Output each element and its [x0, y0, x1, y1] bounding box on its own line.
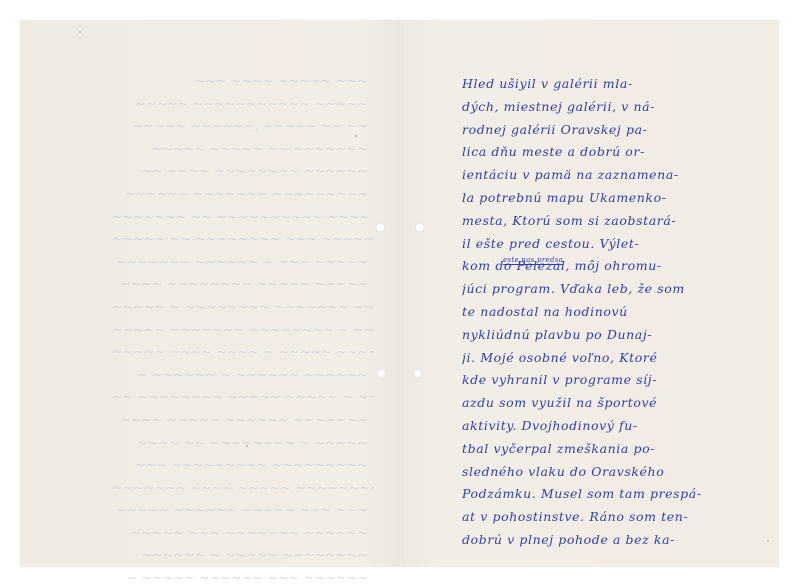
handwritten-line: ji. Mojé osobné voľno, Ktoré [462, 347, 717, 370]
handwritten-line: kom do Pelezal, môj ohromu- [462, 255, 717, 278]
bleed-line: ~~~~~ ~~~~~ ~~ ~~~~~~~ [112, 138, 374, 161]
bleed-line: ~~~~~ ~~~~~~~ ~~~~~~~~ ~ ~~~~ [112, 319, 374, 342]
bleed-line: ~~ ~~~~ ~~~~~~~~ ~~~~~~ [112, 160, 374, 183]
handwritten-line: júci program. Vďaka leb, že som [462, 278, 717, 301]
handwritten-line: Podzámku. Musel som tam prespá- [462, 483, 717, 506]
handwritten-line: lica dňu meste a dobrú or- [462, 141, 717, 164]
paper-speck [767, 540, 769, 542]
handwritten-line: ientáciu v pamä na zaznamena- [462, 164, 717, 187]
handwritten-line: kde vyhranil v programe síj- [462, 369, 717, 392]
inline-insertion-note: este nas predsa [503, 256, 563, 265]
bleed-line: ~ ~~~~~~ ~ ~~~~~~ ~~~~~~ [112, 364, 374, 387]
handwritten-line: Hled ušiyil v galérii mla- [462, 73, 717, 96]
paper-speck [79, 31, 81, 33]
bleed-line: ~~~~~ ~~ ~~~~~~~~ ~~~ ~~~~~ [112, 228, 374, 251]
bleed-line: ~~~~~ ~~~~~~, ~~~~~ ~~ ~~ [112, 115, 374, 138]
handwritten-line: mesta, Ktorú som si zaobstará- [462, 210, 717, 233]
handwritten-line: la potrebnú mapu Ukamenko- [462, 187, 717, 210]
handwritten-line: il ešte pred cestou. Výlet- [462, 233, 717, 256]
bleed-line: ~~~~ ~~~~~~~~ ~~~~~ ~~~~~ [112, 273, 374, 296]
bleed-line: ~~~~ ~~~~~ ~~~~~~ ~~~~~~~ [112, 409, 374, 432]
right-page-handwritten-text: Hled ušiyil v galérii mla- dých, miestne… [462, 73, 717, 552]
bleed-line: ~~~~~ ~~~~ ~~~~ ~ ~~~~~ ~~~~ [112, 341, 374, 364]
handwritten-line: at v pohostinstve. Ráno som ten- [462, 506, 717, 529]
punched-hole [377, 369, 386, 378]
handwritten-line: dobrú v plnej pohode a bez ka- [462, 529, 717, 552]
bleed-line: ~~~~ ~~ ~~~~~~~~ ~ ~~~~~ [112, 432, 374, 455]
handwritten-line: tbal vyčerpal zmeškania po- [462, 438, 717, 461]
bleed-line: ~~~~~ ~~~ ~~~~~~~ ~~~~~~ [112, 522, 374, 545]
bleed-line: ~~~ ~~~~~~~~~ ~~~~~~~~~ [112, 454, 374, 477]
punched-hole [415, 223, 424, 232]
handwritten-line: aktivity. Dvojhodinový fu- [462, 415, 717, 438]
bleed-line: ~~~ ~~~~ ~~~~~ ~~~ [112, 70, 374, 93]
bleed-line: ~~~~~~ ~~~~~~~ ~~~~~~~~~ [112, 183, 374, 206]
bleed-line: ~~~~~ ~~~~~~ ~~~~~ ~~~ ~~~ [112, 499, 374, 522]
handwritten-line: sledného vlaku do Oravského [462, 461, 717, 484]
handwritten-line: azdu som využil na športové [462, 392, 717, 415]
bleed-line: ~~~~~ ~~~~~~~~~~~ ~~~~~ [112, 93, 374, 116]
handwritten-line: dých, miestnej galérii, v ná- [462, 96, 717, 119]
bleed-line: ~ ~~~~~ ~~~~~~ ~~~ ~~~~~~ [112, 567, 374, 587]
left-page-bleed-through-text: ~~~ ~~~~ ~~~~~ ~~~ ~~~~~ ~~~~~~~~~~~ ~~~… [112, 70, 374, 587]
bleed-line: ~~~~~~~ ~~~~ ~~~~~ ~~~~~~~~ [112, 477, 374, 500]
bleed-line: ~~~~~~~ ~~ ~~~~~~~~~~ ~~~~ [112, 206, 374, 229]
bleed-line: ~~~~~~ ~ ~~~~~ ~~~~~~~~ [112, 544, 374, 567]
handwritten-line: te nadostal na hodinovú [462, 301, 717, 324]
center-fold [399, 20, 401, 567]
bleed-line: ~~ ~~~~~~~~ ~~~~~ ~~~~~ ~ ~~ [112, 386, 374, 409]
handwritten-line: rodnej galérii Oravskej pa- [462, 119, 717, 142]
punched-hole [376, 223, 385, 232]
punched-hole [413, 369, 422, 378]
bleed-line: ~~~~~ ~ ~~~~~~~~ ~~~~~~~ ~~ [112, 296, 374, 319]
handwritten-line: nykliúdnú plavbu po Dunaj- [462, 324, 717, 347]
bleed-line: ~~~~~~~ ~~~~~~ ~ ~~~ ~~~~~ [112, 251, 374, 274]
